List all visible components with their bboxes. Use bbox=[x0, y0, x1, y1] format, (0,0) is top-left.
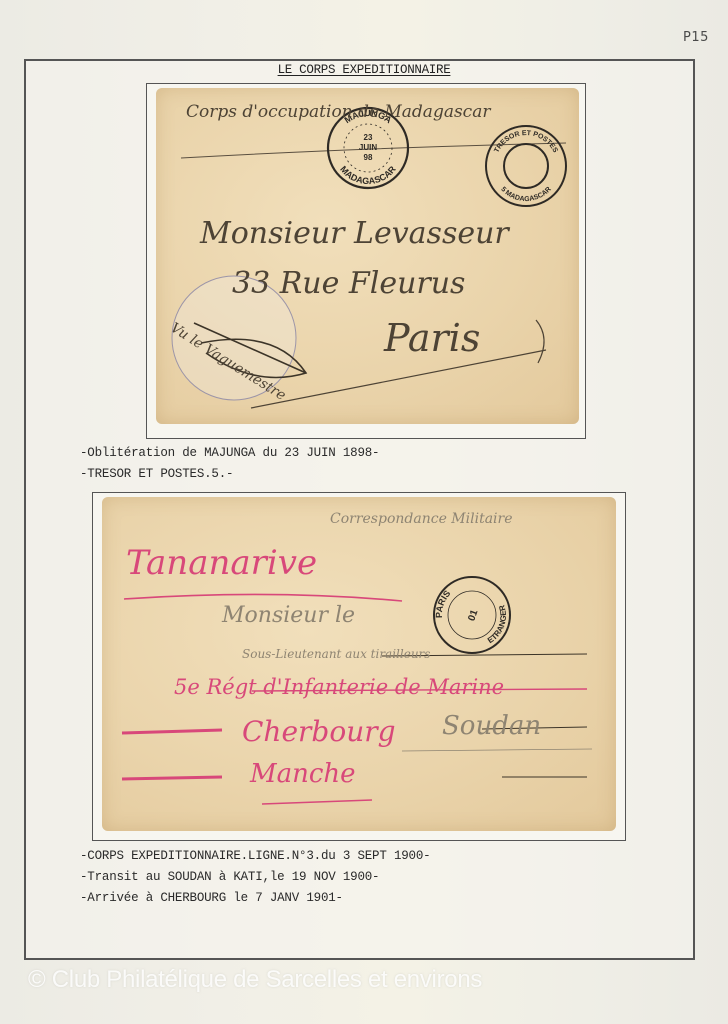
cover-2-regiment-red: 5e Régt d'Infanterie de Marine bbox=[174, 675, 504, 699]
page-number: P15 bbox=[683, 30, 709, 45]
page-title: LE CORPS EXPEDITIONNAIRE bbox=[0, 63, 728, 77]
cover-1-frame: MAJUNGA MADAGASCAR 23 JUIN 98 TRESOR ET … bbox=[146, 83, 586, 439]
copyright-watermark: © Club Philatélique de Sarcelles et envi… bbox=[28, 966, 482, 994]
svg-text:98: 98 bbox=[364, 153, 373, 162]
cover-2-redirect-red: Tananarive bbox=[126, 543, 317, 583]
cover-2-city-red: Cherbourg bbox=[242, 715, 396, 748]
svg-text:23: 23 bbox=[364, 133, 373, 142]
caption-line: -CORPS EXPEDITIONNAIRE.LIGNE.N°3.du 3 SE… bbox=[80, 846, 430, 867]
tresor-postes-postmark: TRESOR ET POSTES 5 MADAGASCAR bbox=[486, 126, 566, 206]
cover-1-street: 33 Rue Fleurus bbox=[232, 266, 465, 301]
caption-line: -Transit au SOUDAN à KATI,le 19 NOV 1900… bbox=[80, 867, 430, 888]
cover-2-addressee: Monsieur le bbox=[222, 603, 355, 628]
cover-2-header-script: Correspondance Militaire bbox=[330, 511, 513, 527]
cover-2-rank-line: Sous-Lieutenant aux tirailleurs bbox=[242, 647, 430, 661]
cover-2-crossed-old: Soudan bbox=[442, 711, 541, 741]
svg-text:JUIN: JUIN bbox=[359, 143, 377, 152]
cover-2-envelope: PARIS ETRANGER 01 Correspondance Militai… bbox=[102, 497, 616, 831]
caption-line: -Oblitération de MAJUNGA du 23 JUIN 1898… bbox=[80, 443, 379, 464]
cover-1-addressee: Monsieur Levasseur bbox=[200, 216, 509, 251]
cover-2-department-red: Manche bbox=[250, 759, 356, 789]
cover-1-city: Paris bbox=[384, 316, 480, 360]
caption-line: -TRESOR ET POSTES.5.- bbox=[80, 464, 379, 485]
paris-etranger-postmark: PARIS ETRANGER 01 bbox=[429, 577, 514, 653]
cover-2-frame: PARIS ETRANGER 01 Correspondance Militai… bbox=[92, 492, 626, 841]
cover-1-header-script: Corps d'occupation de Madagascar bbox=[186, 102, 490, 122]
caption-line: -Arrivée à CHERBOURG le 7 JANV 1901- bbox=[80, 888, 430, 909]
cover-1-markings: MAJUNGA MADAGASCAR 23 JUIN 98 TRESOR ET … bbox=[156, 88, 579, 424]
cover-1-caption: -Oblitération de MAJUNGA du 23 JUIN 1898… bbox=[80, 443, 379, 485]
svg-text:01: 01 bbox=[466, 608, 480, 623]
cover-1-envelope: MAJUNGA MADAGASCAR 23 JUIN 98 TRESOR ET … bbox=[156, 88, 579, 424]
cover-2-caption: -CORPS EXPEDITIONNAIRE.LIGNE.N°3.du 3 SE… bbox=[80, 846, 430, 909]
